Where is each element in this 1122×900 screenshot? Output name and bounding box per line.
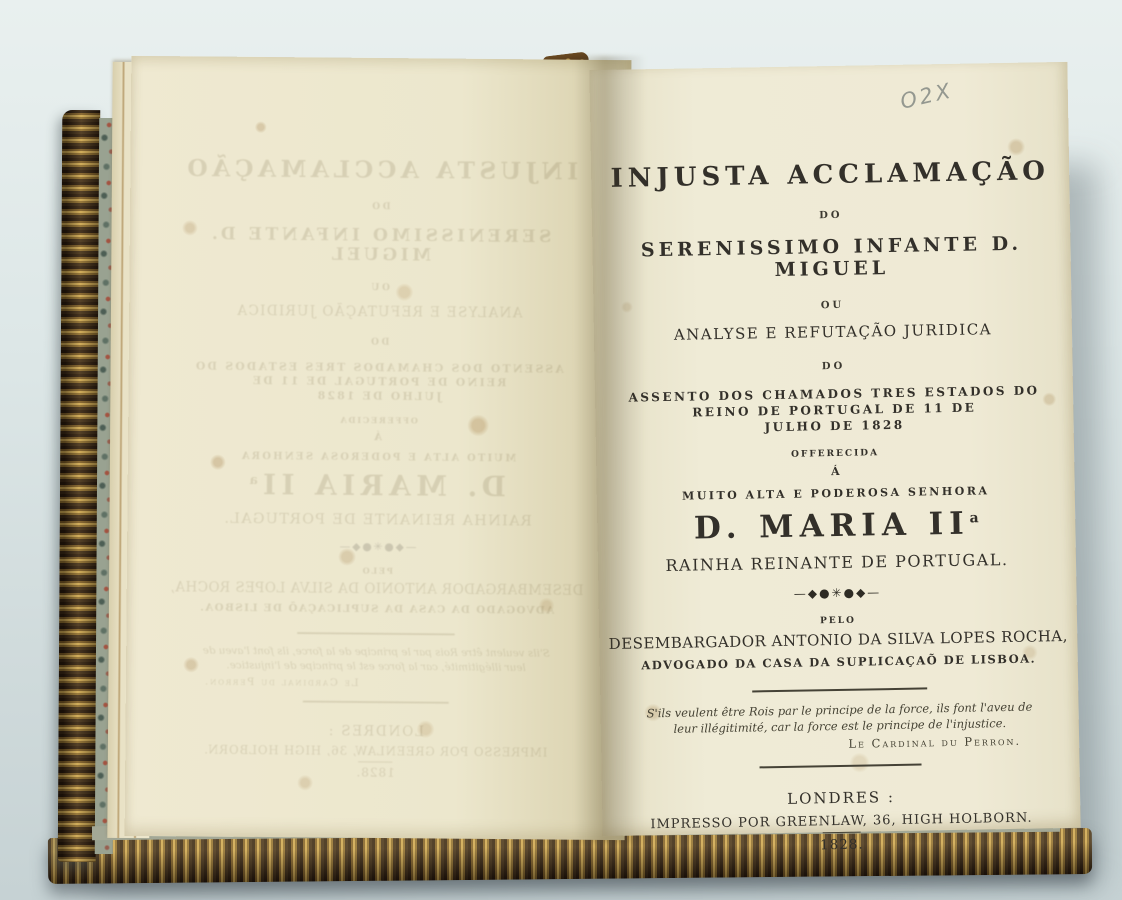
mirror-subject: SERENISSIMO INFANTE D. MIGUEL xyxy=(155,223,605,267)
mirror-imprint-printer: IMPRESSO POR GREENLAW, 36, HIGH HOLBORN. xyxy=(150,743,600,760)
mirror-subtitle: ANALYSE E REFUTAÇÃO JURIDICA xyxy=(154,301,604,321)
title-page-text: INJUSTA ACCLAMAÇÃO DO SERENISSIMO INFANT… xyxy=(589,62,1081,857)
imprint-printer: IMPRESSO POR GREENLAW, 36, HIGH HOLBORN. xyxy=(602,810,1080,833)
mirror-epigraph-attribution: Le Cardinal du Perron. xyxy=(151,673,601,691)
connector: DO xyxy=(592,206,1070,225)
mirror-printers-ornament: —◆●✳●◆— xyxy=(152,538,602,555)
mirror-dedicatee-title: RAINHA REINANTE DE PORTUGAL. xyxy=(152,508,602,529)
mirror-object-block: ASSENTO DOS CHAMADOS TRES ESTADOS DO REI… xyxy=(153,358,603,405)
mirror-a: Á xyxy=(153,429,603,445)
mirror-main-title: INJUSTA ACCLAMAÇÃO xyxy=(155,155,605,186)
book-photograph: INJUSTA ACCLAMAÇÃO DO SERENISSIMO INFANT… xyxy=(0,0,1122,900)
verso-page-show-through: INJUSTA ACCLAMAÇÃO DO SERENISSIMO INFANT… xyxy=(125,56,632,840)
printers-ornament: —◆●✳●◆— xyxy=(598,582,1076,604)
mirror-offered: OFFERECIDA xyxy=(153,415,603,428)
rule-divider xyxy=(760,764,922,769)
page-gutter-shadow xyxy=(574,56,646,842)
dedicatee-ordinal: a xyxy=(969,510,978,526)
offered-line: OFFERECIDA xyxy=(596,445,1074,463)
connector: DO xyxy=(595,357,1073,376)
author-line: DESEMBARGADOR ANTONIO DA SILVA LOPES ROC… xyxy=(599,627,1077,653)
rule-divider xyxy=(752,687,927,692)
object-block: ASSENTO DOS CHAMADOS TRES ESTADOS DO REI… xyxy=(595,382,1074,438)
mirror-epigraph: S'ils veulent être Rois par le principe … xyxy=(151,643,601,692)
mirror-connector: OU xyxy=(154,281,604,295)
mirror-connector: DO xyxy=(154,336,604,350)
mirror-rule-divider xyxy=(358,761,392,762)
mirror-rule-divider xyxy=(298,632,456,635)
mirror-dedicatee-name: D. MARIA II xyxy=(257,469,506,504)
mirror-dedicatee-ordinal: a xyxy=(249,473,257,487)
mirror-author: DESEMBARGADOR ANTONIO DA SILVA LOPES ROC… xyxy=(152,579,602,599)
mirror-dedication: MUITO ALTA E PODEROSA SENHORA xyxy=(153,449,603,465)
connector: OU xyxy=(593,296,1071,315)
mirror-connector: DO xyxy=(155,200,605,214)
mirror-imprint-city: LONDRES : xyxy=(150,721,600,741)
rule-divider xyxy=(823,832,861,834)
dedicatee-name: D. MARIA II xyxy=(694,506,970,547)
mirror-object-line: JULHO DE 1828 xyxy=(153,387,603,405)
dedication-particle: Á xyxy=(596,461,1074,482)
imprint-city: LONDRES : xyxy=(602,785,1080,811)
mirror-author-title: ADVOGADO DA CASA DA SUPLICAÇAÕ DE LISBOA… xyxy=(152,600,602,617)
mirror-dedicatee: D. MARIA IIa xyxy=(153,468,603,504)
mirrored-title-text: INJUSTA ACCLAMAÇÃO DO SERENISSIMO INFANT… xyxy=(150,70,606,782)
mirror-imprint-year: 1828. xyxy=(150,764,600,782)
dedication-line: MUITO ALTA E PODEROSA SENHORA xyxy=(597,483,1075,504)
epigraph: S'ils veulent être Rois par le principe … xyxy=(600,698,1079,756)
mirror-rule-divider xyxy=(303,701,449,704)
front-cover-gilt-border xyxy=(58,110,101,862)
author-title-line: ADVOGADO DA CASA DA SUPLICAÇAÕ DE LISBOA… xyxy=(600,651,1078,673)
subtitle-line: ANALYSE E REFUTAÇÃO JURIDICA xyxy=(594,319,1072,345)
dedicatee-title: RAINHA REINANTE DE PORTUGAL. xyxy=(598,549,1076,576)
title-page: INJUSTA ACCLAMAÇÃO DO SERENISSIMO INFANT… xyxy=(589,62,1080,836)
subject-line: SERENISSIMO INFANTE D. MIGUEL xyxy=(592,232,1071,284)
main-title: INJUSTA ACCLAMAÇÃO xyxy=(591,156,1069,194)
dedicatee-name-line: D. MARIA IIa xyxy=(597,504,1076,548)
mirror-pelo: PELO xyxy=(152,565,602,578)
